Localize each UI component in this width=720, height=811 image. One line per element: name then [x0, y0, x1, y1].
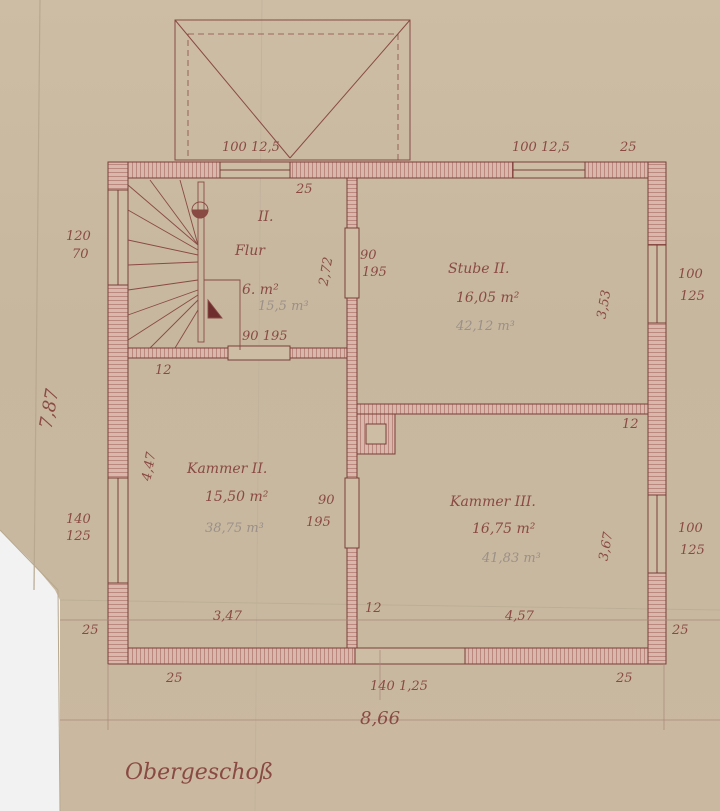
- dim-left-window-bottom-2: 125: [66, 530, 91, 543]
- dim-left-wall: 25: [82, 624, 99, 637]
- kammer-ii-volume: 38,75 m³: [205, 522, 264, 535]
- dim-right-window-bottom-1: 100: [678, 522, 703, 535]
- kammer-iii-area: 16,75 m²: [472, 522, 535, 536]
- kammer-iii-name: Kammer III.: [450, 495, 536, 509]
- flur-area: 6. m²: [242, 283, 279, 297]
- staircase: [128, 180, 240, 350]
- dim-top-right-wall: 25: [620, 141, 637, 154]
- dim-top-left-window: 100 12,5: [222, 141, 280, 154]
- dim-inner-wall-1: 12: [155, 364, 172, 377]
- dim-door-stube-2: 195: [362, 266, 387, 279]
- dim-inner-wall-2: 12: [622, 418, 639, 431]
- dim-left-window-top-2: 70: [72, 248, 89, 261]
- kammer-ii-name: Kammer II.: [187, 462, 267, 476]
- floor-plan-sheet: 100 12,5 100 12,5 25 25 120 70 140 125 7…: [0, 0, 720, 811]
- dim-door-kammer-1: 90: [318, 494, 335, 507]
- dim-door-stube-1: 90: [360, 249, 377, 262]
- dim-right-wall: 25: [672, 624, 689, 637]
- dim-bottom-right: 25: [616, 672, 633, 685]
- kammer-iii-width: 4,57: [505, 610, 534, 623]
- dim-door-flur: 90 195: [242, 330, 288, 343]
- roof-projection: [175, 20, 410, 160]
- dim-bottom-left: 25: [166, 672, 183, 685]
- dim-right-window-bottom-2: 125: [680, 544, 705, 557]
- dim-left-window-top-1: 120: [66, 230, 91, 243]
- flur-name: Flur: [235, 244, 265, 258]
- floor-plan-drawing: [0, 0, 720, 811]
- dim-flur-wall: 25: [296, 183, 313, 196]
- kammer-iii-volume: 41,83 m³: [482, 552, 541, 565]
- dim-left-window-bottom-1: 140: [66, 513, 91, 526]
- dim-inner-wall-3: 12: [365, 602, 382, 615]
- overall-width: 8,66: [360, 710, 400, 728]
- dim-top-right-window: 100 12,5: [512, 141, 570, 154]
- dim-bottom-door: 140 1,25: [370, 680, 428, 693]
- inner-walls: [128, 178, 648, 648]
- stube-volume: 42,12 m³: [456, 320, 515, 333]
- flur-numeral: II.: [258, 210, 274, 224]
- kammer-ii-width: 3,47: [213, 610, 242, 623]
- drawing-title: Obergeschoß: [125, 762, 273, 784]
- flur-volume: 15,5 m³: [258, 300, 309, 313]
- dim-right-window-top-1: 100: [678, 268, 703, 281]
- dim-right-window-top-2: 125: [680, 290, 705, 303]
- torn-corner: [0, 530, 60, 811]
- kammer-ii-area: 15,50 m²: [205, 490, 268, 504]
- dim-door-kammer-2: 195: [306, 516, 331, 529]
- stube-area: 16,05 m²: [456, 291, 519, 305]
- stube-name: Stube II.: [448, 262, 509, 276]
